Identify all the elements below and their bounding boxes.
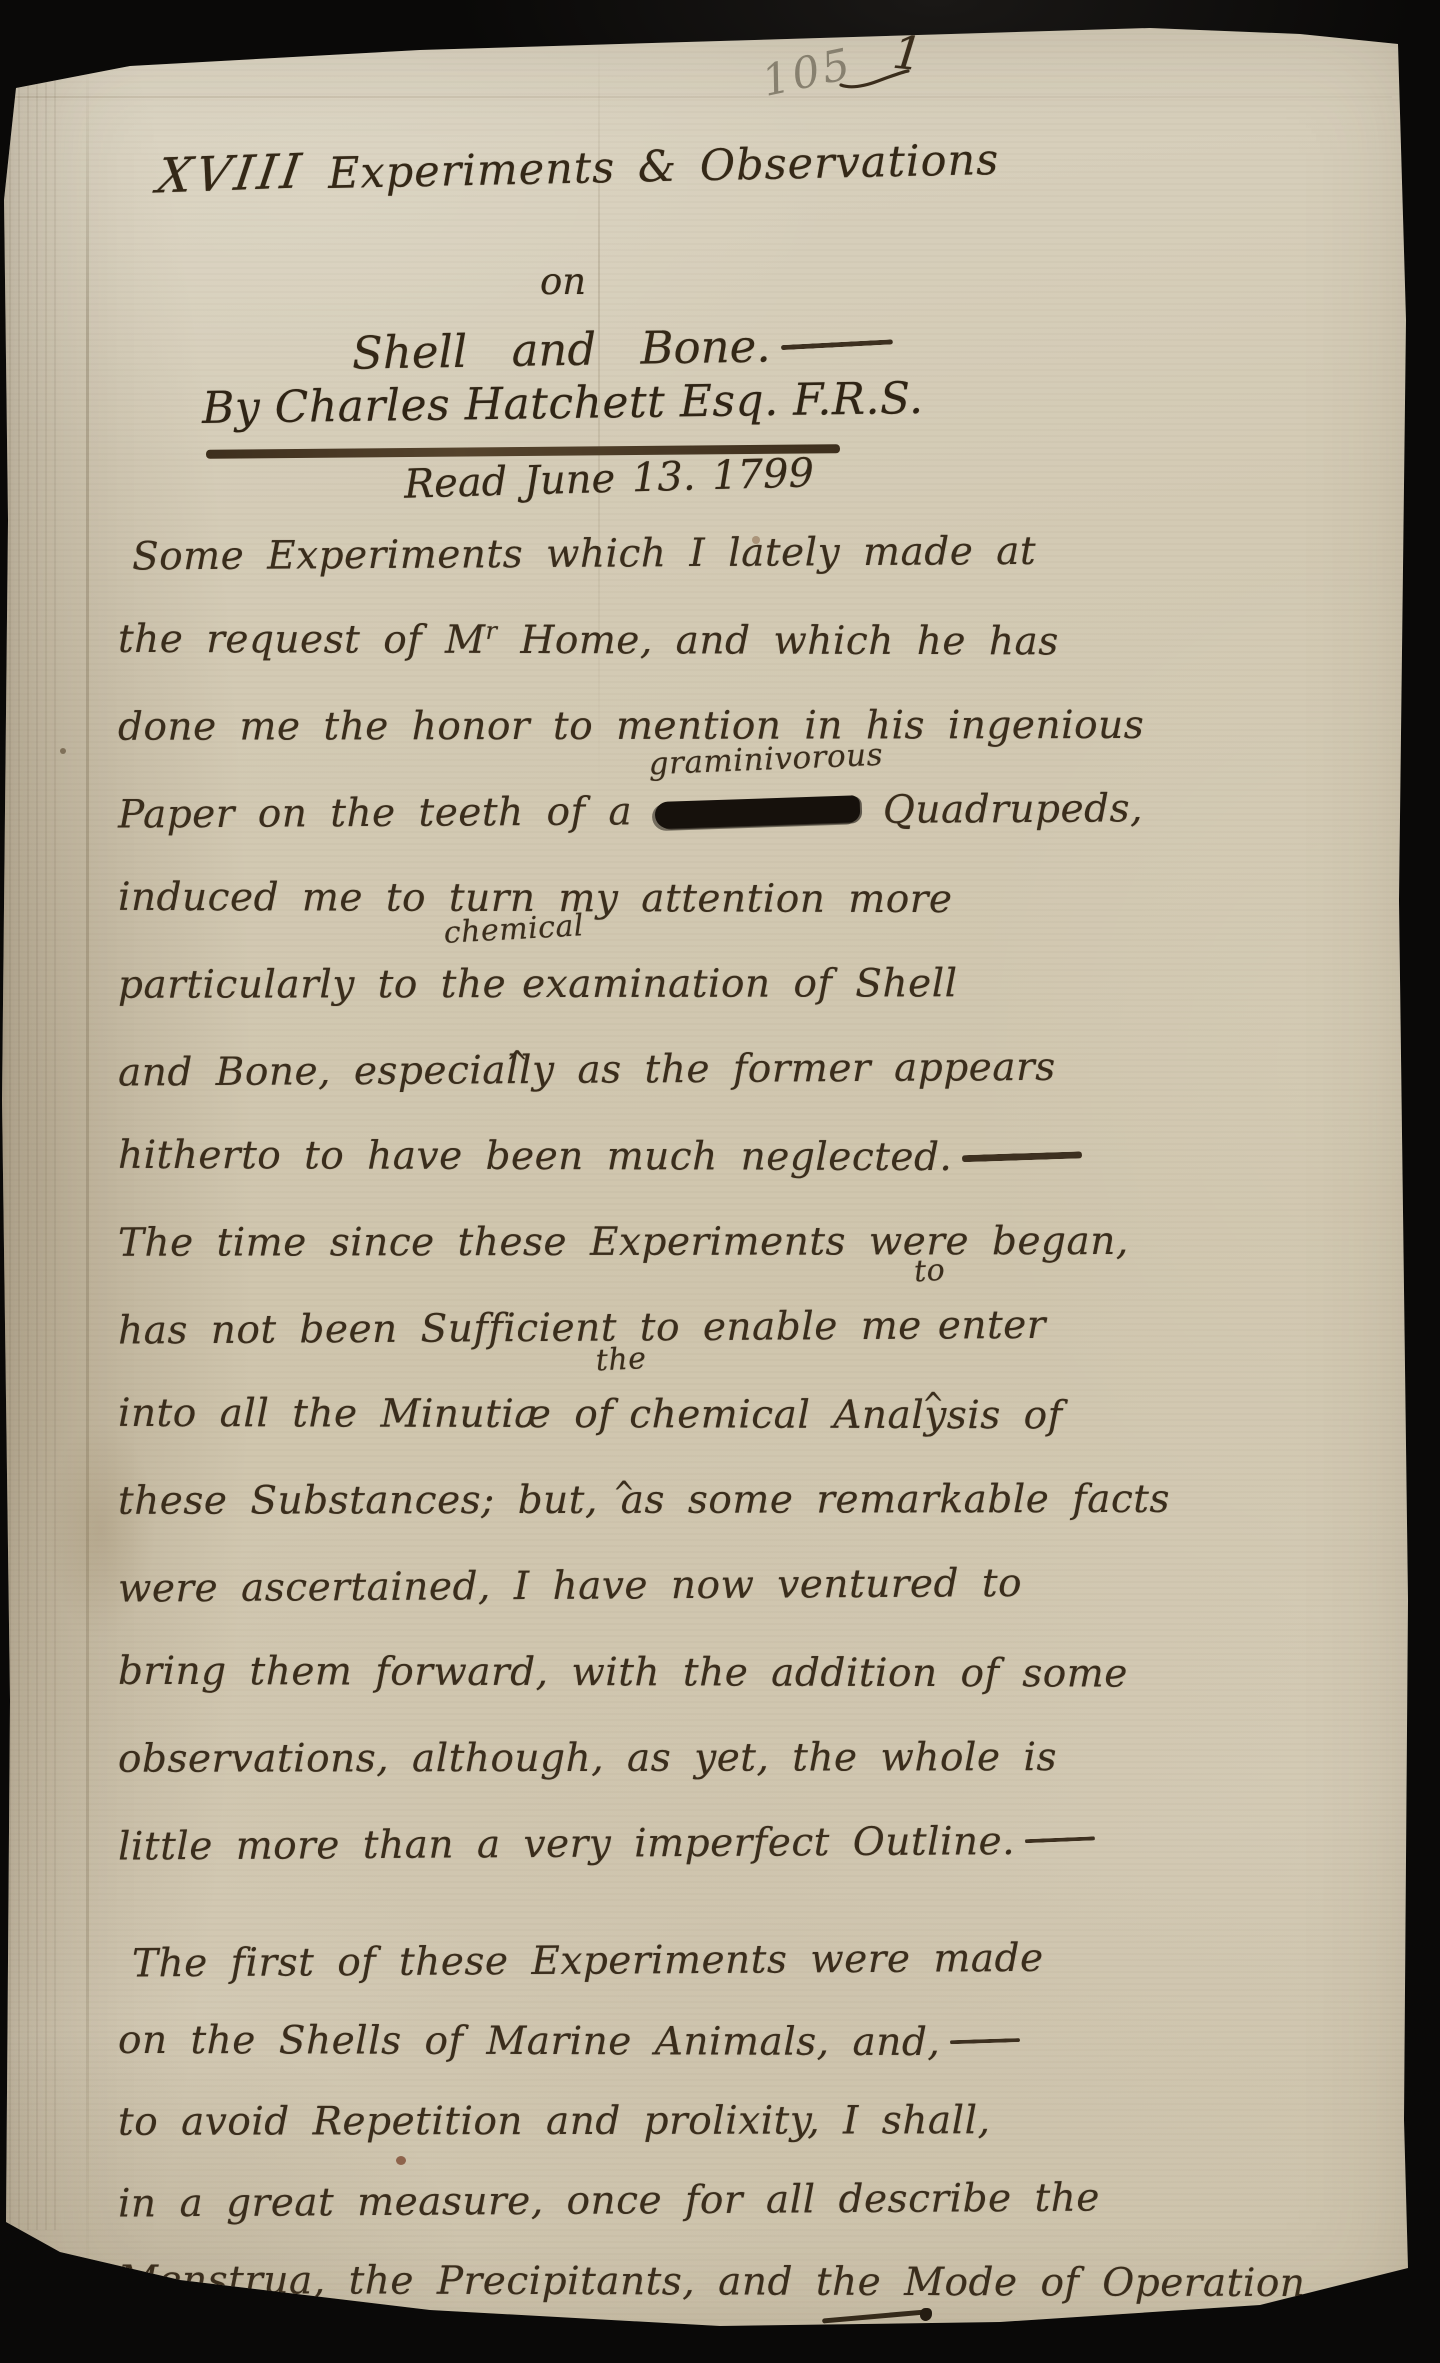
end-flourish [822, 2306, 932, 2326]
manuscript-line: were ascertained, I have now ventured to [118, 1541, 951, 1632]
manuscript-line: particularly to thechemical^examination … [118, 941, 950, 1028]
manuscript-line: The first of these Experiments were made [118, 1919, 950, 2004]
redacted-word-correction: graminivorous [655, 796, 860, 831]
byline: By Charles Hatchett Esq. F.R.S. [202, 373, 924, 434]
manuscript-line: the request of Mr Home, and which he has [118, 597, 950, 685]
chapter-number: XVIII [154, 143, 308, 204]
title: Experiments & Observations [328, 135, 1000, 199]
manuscript-line: has not been Sufficient to enable meto^e… [118, 1283, 951, 1374]
paragraph: Some Experiments which I lately made att… [118, 512, 950, 1888]
manuscript-line: and Bone, especially as the former appea… [118, 1025, 951, 1116]
correction-word-above: graminivorous [647, 712, 885, 808]
title-subject-text: Shell and Bone. [352, 319, 771, 379]
manuscript-line: these Substances; but, as some remarkabl… [118, 1457, 950, 1544]
horizontal-fold-crease [12, 96, 1392, 98]
paper-fleck [60, 748, 66, 754]
manuscript-line: observations, although, as yet, the whol… [118, 1715, 950, 1802]
title-dash-flourish [780, 339, 892, 350]
manuscript-line: The time since these Experiments were be… [118, 1199, 950, 1286]
dash-flourish [962, 1151, 1082, 1162]
caret-insertion: chemical^ [506, 993, 522, 997]
dash-flourish [1025, 1836, 1095, 1843]
manuscript-line: Paper on the teeth of a graminivorous Qu… [118, 767, 951, 858]
ink-blot [920, 2308, 932, 2321]
ink-blackout [655, 795, 861, 829]
page-number-flourish [838, 66, 912, 94]
inserted-word: to [911, 1228, 947, 1316]
title-subject: Shell and Bone. [352, 317, 893, 379]
manuscript-line: to avoid Repetition and prolixity, I sha… [118, 2081, 950, 2162]
manuscript-line: on the Shells of Marine Animals, and, [118, 2001, 950, 2083]
manuscript-line: in a great measure, once for all describ… [118, 2159, 950, 2244]
manuscript-line: little more than a very imperfect Outlin… [118, 1799, 951, 1890]
end-flourish-stroke [822, 2309, 926, 2323]
paragraph: The first of these Experiments were made… [118, 1922, 950, 2322]
title-connector: on [540, 260, 586, 303]
dash-flourish [950, 2038, 1020, 2044]
manuscript-photo: 105 1 XVIII Experiments & Observations o… [0, 0, 1440, 2363]
read-date-line: Read June 13. 1799 [403, 450, 814, 507]
caret-insertion: to^ [922, 1335, 938, 1339]
vertical-fold-crease [86, 60, 89, 2290]
manuscript-line: Some Experiments which I lately made at [118, 509, 951, 600]
inserted-word: chemical [442, 883, 587, 976]
left-page-edge-texture [0, 80, 62, 2230]
manuscript-page: 105 1 XVIII Experiments & Observations o… [0, 0, 1440, 2363]
inserted-word: the [594, 1316, 649, 1404]
manuscript-line: into all the Minutiæ ofthe^chemical Anal… [118, 1371, 950, 1459]
superscript-letter: r [485, 617, 497, 645]
manuscript-line: bring them forward, with the addition of… [118, 1629, 950, 1717]
manuscript-line: hitherto to have been much neglected. [118, 1113, 950, 1201]
caret-insertion: the^ [613, 1423, 629, 1427]
